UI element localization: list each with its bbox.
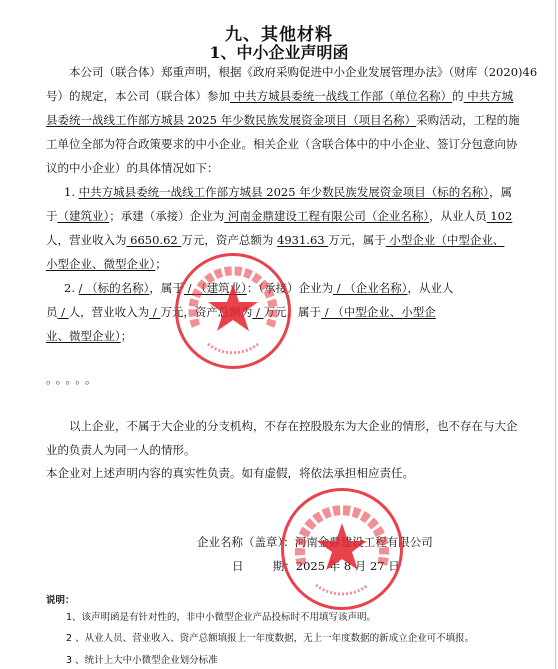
date-label: 日 期：: [232, 559, 296, 573]
note-1: 1、该声明函是有针对性的，非中小微型企业产品投标时不用填写该声明。: [66, 609, 376, 623]
project-name-part: 中共方城: [464, 89, 514, 103]
text: ，从业人员: [429, 209, 487, 223]
note-3: 3 、统计上大中小微型企业划分标准: [66, 652, 218, 666]
item1-industry: （建筑业）: [58, 209, 110, 223]
para2-line2: 业的负责人为同一人的情形。: [46, 438, 474, 462]
item2-line1: 2. / （标的名称），属于 / （建筑业）：（承接）企业为 / （企业名称），…: [64, 276, 474, 300]
item1-size-cont: 小型企业、微型企业）: [46, 257, 155, 271]
item1-line2: 于（建筑业）；承建（承接）企业为 河南金鼎建设工程有限公司（企业名称），从业人员…: [46, 204, 474, 228]
item2-industry: / （建筑业）: [184, 281, 247, 295]
text: 号）的规定，本公司（联合体）参加: [46, 89, 230, 103]
project-name: 县委统一战线工作部方城县 2025 年少数民族发展资金项目（项目名称）: [46, 113, 416, 127]
text: ；: [155, 257, 167, 271]
text: 人，营业收入为: [69, 305, 150, 319]
item1-revenue: 6650.62: [127, 233, 182, 247]
item2-assets: /: [252, 305, 263, 319]
item2-size-cont: 业、微型企业）: [46, 329, 121, 343]
item1-assets: 4931.63: [277, 233, 328, 247]
text: 万元，资产总额为: [160, 305, 252, 319]
text: ：（承接）企业为: [247, 281, 333, 295]
para2-line1: 以上企业，不属于大企业的分支机构，不存在控股股东为大企业的情形，也不存在与大企: [46, 414, 474, 438]
item-number: 1.: [64, 185, 79, 199]
item1-size: 小型企业（中型企业、: [386, 233, 505, 247]
text: ；承建（承接）企业为: [109, 209, 224, 223]
text: ；: [121, 329, 133, 343]
item1-line1: 1. 中共方城县委统一战线工作部方城县 2025 年少数民族发展资金项目（标的名…: [64, 180, 474, 204]
item1-project: 中共方城县委统一战线工作部方城县 2025 年少数民族发展资金项目（标的名称）: [79, 185, 489, 199]
item2-size: / （中型企业、小型企: [321, 305, 436, 319]
notes-title: 说明：: [46, 592, 75, 606]
page-edge: [555, 0, 556, 669]
text: 万元，属于: [264, 305, 322, 319]
text: ，从业人: [408, 281, 454, 295]
item1-line3: 人，营业收入为 6650.62 万元，资产总额为 4931.63 万元，属于 小…: [46, 228, 474, 252]
item1-employees: 102: [487, 209, 513, 223]
note-2: 2 、从业人员、营业收入、资产总额填报上一年度数据，无上一年度数据的新成立企业可…: [66, 630, 474, 644]
item2-employees: /: [58, 305, 69, 319]
para3: 本企业对上述声明内容的真实性负责。如有虚假，将依法承担相应责任。: [46, 461, 474, 485]
item2-line2: 员 / 人，营业收入为 / 万元，资产总额为 / 万元，属于 / （中型企业、小…: [46, 300, 474, 324]
para1-line1: 本公司（联合体）郑重声明，根据《政府采购促进中小企业发展管理办法》（财库（202…: [46, 60, 474, 84]
item2-line3: 业、微型企业）；: [46, 324, 474, 348]
text: 的: [452, 89, 464, 103]
text: 万元，资产总额为: [181, 233, 277, 247]
text: 员: [46, 305, 58, 319]
unit-name: 中共方城县委统一战线工作部（单位名称）: [230, 89, 452, 103]
signature-company: 企业名称（盖章）：河南金鼎建设工程有限公司: [197, 534, 433, 550]
text: ，属于: [149, 281, 184, 295]
text: 万元，属于: [328, 233, 386, 247]
item1-company: 河南金鼎建设工程有限公司（企业名称）: [224, 209, 429, 223]
para1-line3: 县委统一战线工作部方城县 2025 年少数民族发展资金项目（项目名称）采购活动，…: [46, 108, 474, 132]
text: 采购活动，工程的施: [416, 113, 520, 127]
item2-project: / （标的名称）: [79, 281, 150, 295]
text: ，属: [489, 185, 512, 199]
item2-company: / （企业名称）: [333, 281, 407, 295]
para1-line4: 工单位全部为符合政策要求的中小企业。相关企业（含联合体中的中小企业、签订分包意向…: [46, 132, 474, 156]
para1-line2: 号）的规定，本公司（联合体）参加 中共方城县委统一战线工作部（单位名称）的 中共…: [46, 84, 474, 108]
item1-line4: 小型企业、微型企业）；: [46, 252, 474, 276]
item-number: 2.: [64, 281, 79, 295]
item2-revenue: /: [149, 305, 160, 319]
company-label: 企业名称（盖章）：: [197, 535, 295, 549]
date-value: 2025 年 8 月 27 日: [296, 559, 400, 573]
text: 于: [46, 209, 58, 223]
text: 人，营业收入为: [46, 233, 127, 247]
signature-date: 日 期：2025 年 8 月 27 日: [232, 558, 400, 574]
ellipsis: 。。。。。: [46, 367, 474, 391]
company-value: 河南金鼎建设工程有限公司: [295, 535, 433, 549]
para1-line5: 议的中小企业）的具体情况如下：: [46, 156, 474, 180]
